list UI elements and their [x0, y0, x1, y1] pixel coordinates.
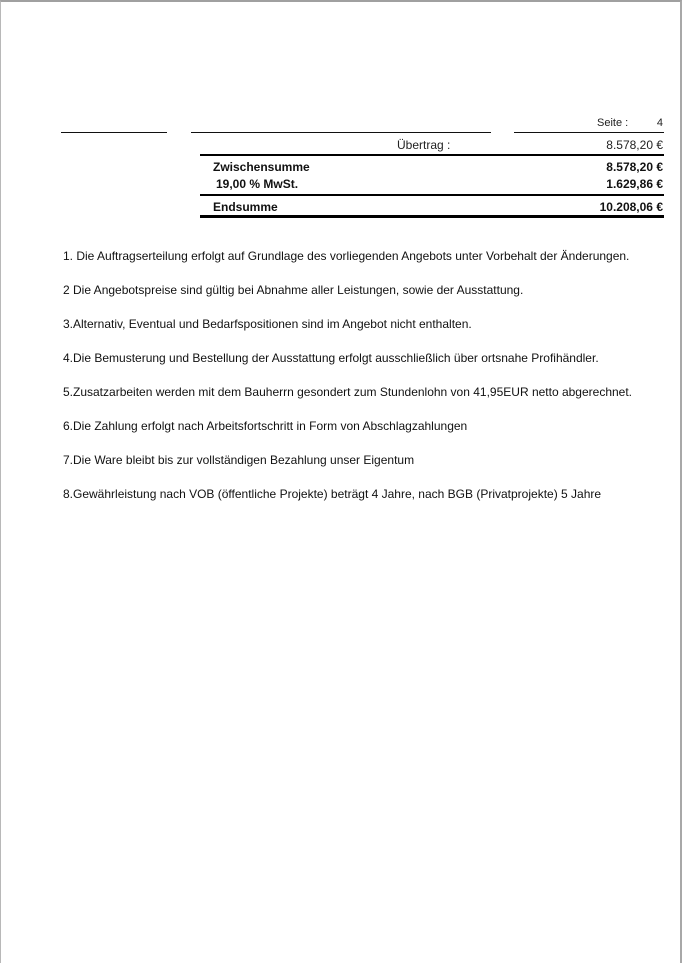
header-rule-segment: [61, 132, 167, 133]
total-label: Endsumme: [213, 200, 278, 214]
table-rule-double: [200, 215, 664, 218]
document-page: Seite : 4 Übertrag : 8.578,20 € Zwischen…: [0, 0, 682, 963]
term-item: 3.Alternativ, Eventual und Bedarfspositi…: [63, 317, 673, 351]
total-value: 10.208,06 €: [600, 200, 663, 214]
term-item: 1. Die Auftragserteilung erfolgt auf Gru…: [63, 249, 673, 283]
page-number: 4: [657, 117, 663, 129]
vat-label: 19,00 % MwSt.: [216, 177, 298, 191]
terms-list: 1. Die Auftragserteilung erfolgt auf Gru…: [63, 249, 673, 521]
table-rule: [200, 154, 664, 156]
subtotal-value: 8.578,20 €: [606, 160, 663, 174]
header-rule-segment: [514, 132, 664, 133]
term-item: 7.Die Ware bleibt bis zur vollständigen …: [63, 453, 673, 487]
header-rule-segment: [191, 132, 491, 133]
carryover-value: 8.578,20 €: [606, 138, 663, 152]
term-item: 5.Zusatzarbeiten werden mit dem Bauherrn…: [63, 385, 673, 419]
term-item: 8.Gewährleistung nach VOB (öffentliche P…: [63, 487, 673, 521]
term-item: 6.Die Zahlung erfolgt nach Arbeitsfortsc…: [63, 419, 673, 453]
carryover-label: Übertrag :: [397, 138, 450, 152]
page-label: Seite :: [597, 117, 628, 129]
table-rule: [200, 194, 664, 196]
term-item: 2 Die Angebotspreise sind gültig bei Abn…: [63, 283, 673, 317]
subtotal-label: Zwischensumme: [213, 160, 310, 174]
vat-value: 1.629,86 €: [606, 177, 663, 191]
term-item: 4.Die Bemusterung und Bestellung der Aus…: [63, 351, 673, 385]
